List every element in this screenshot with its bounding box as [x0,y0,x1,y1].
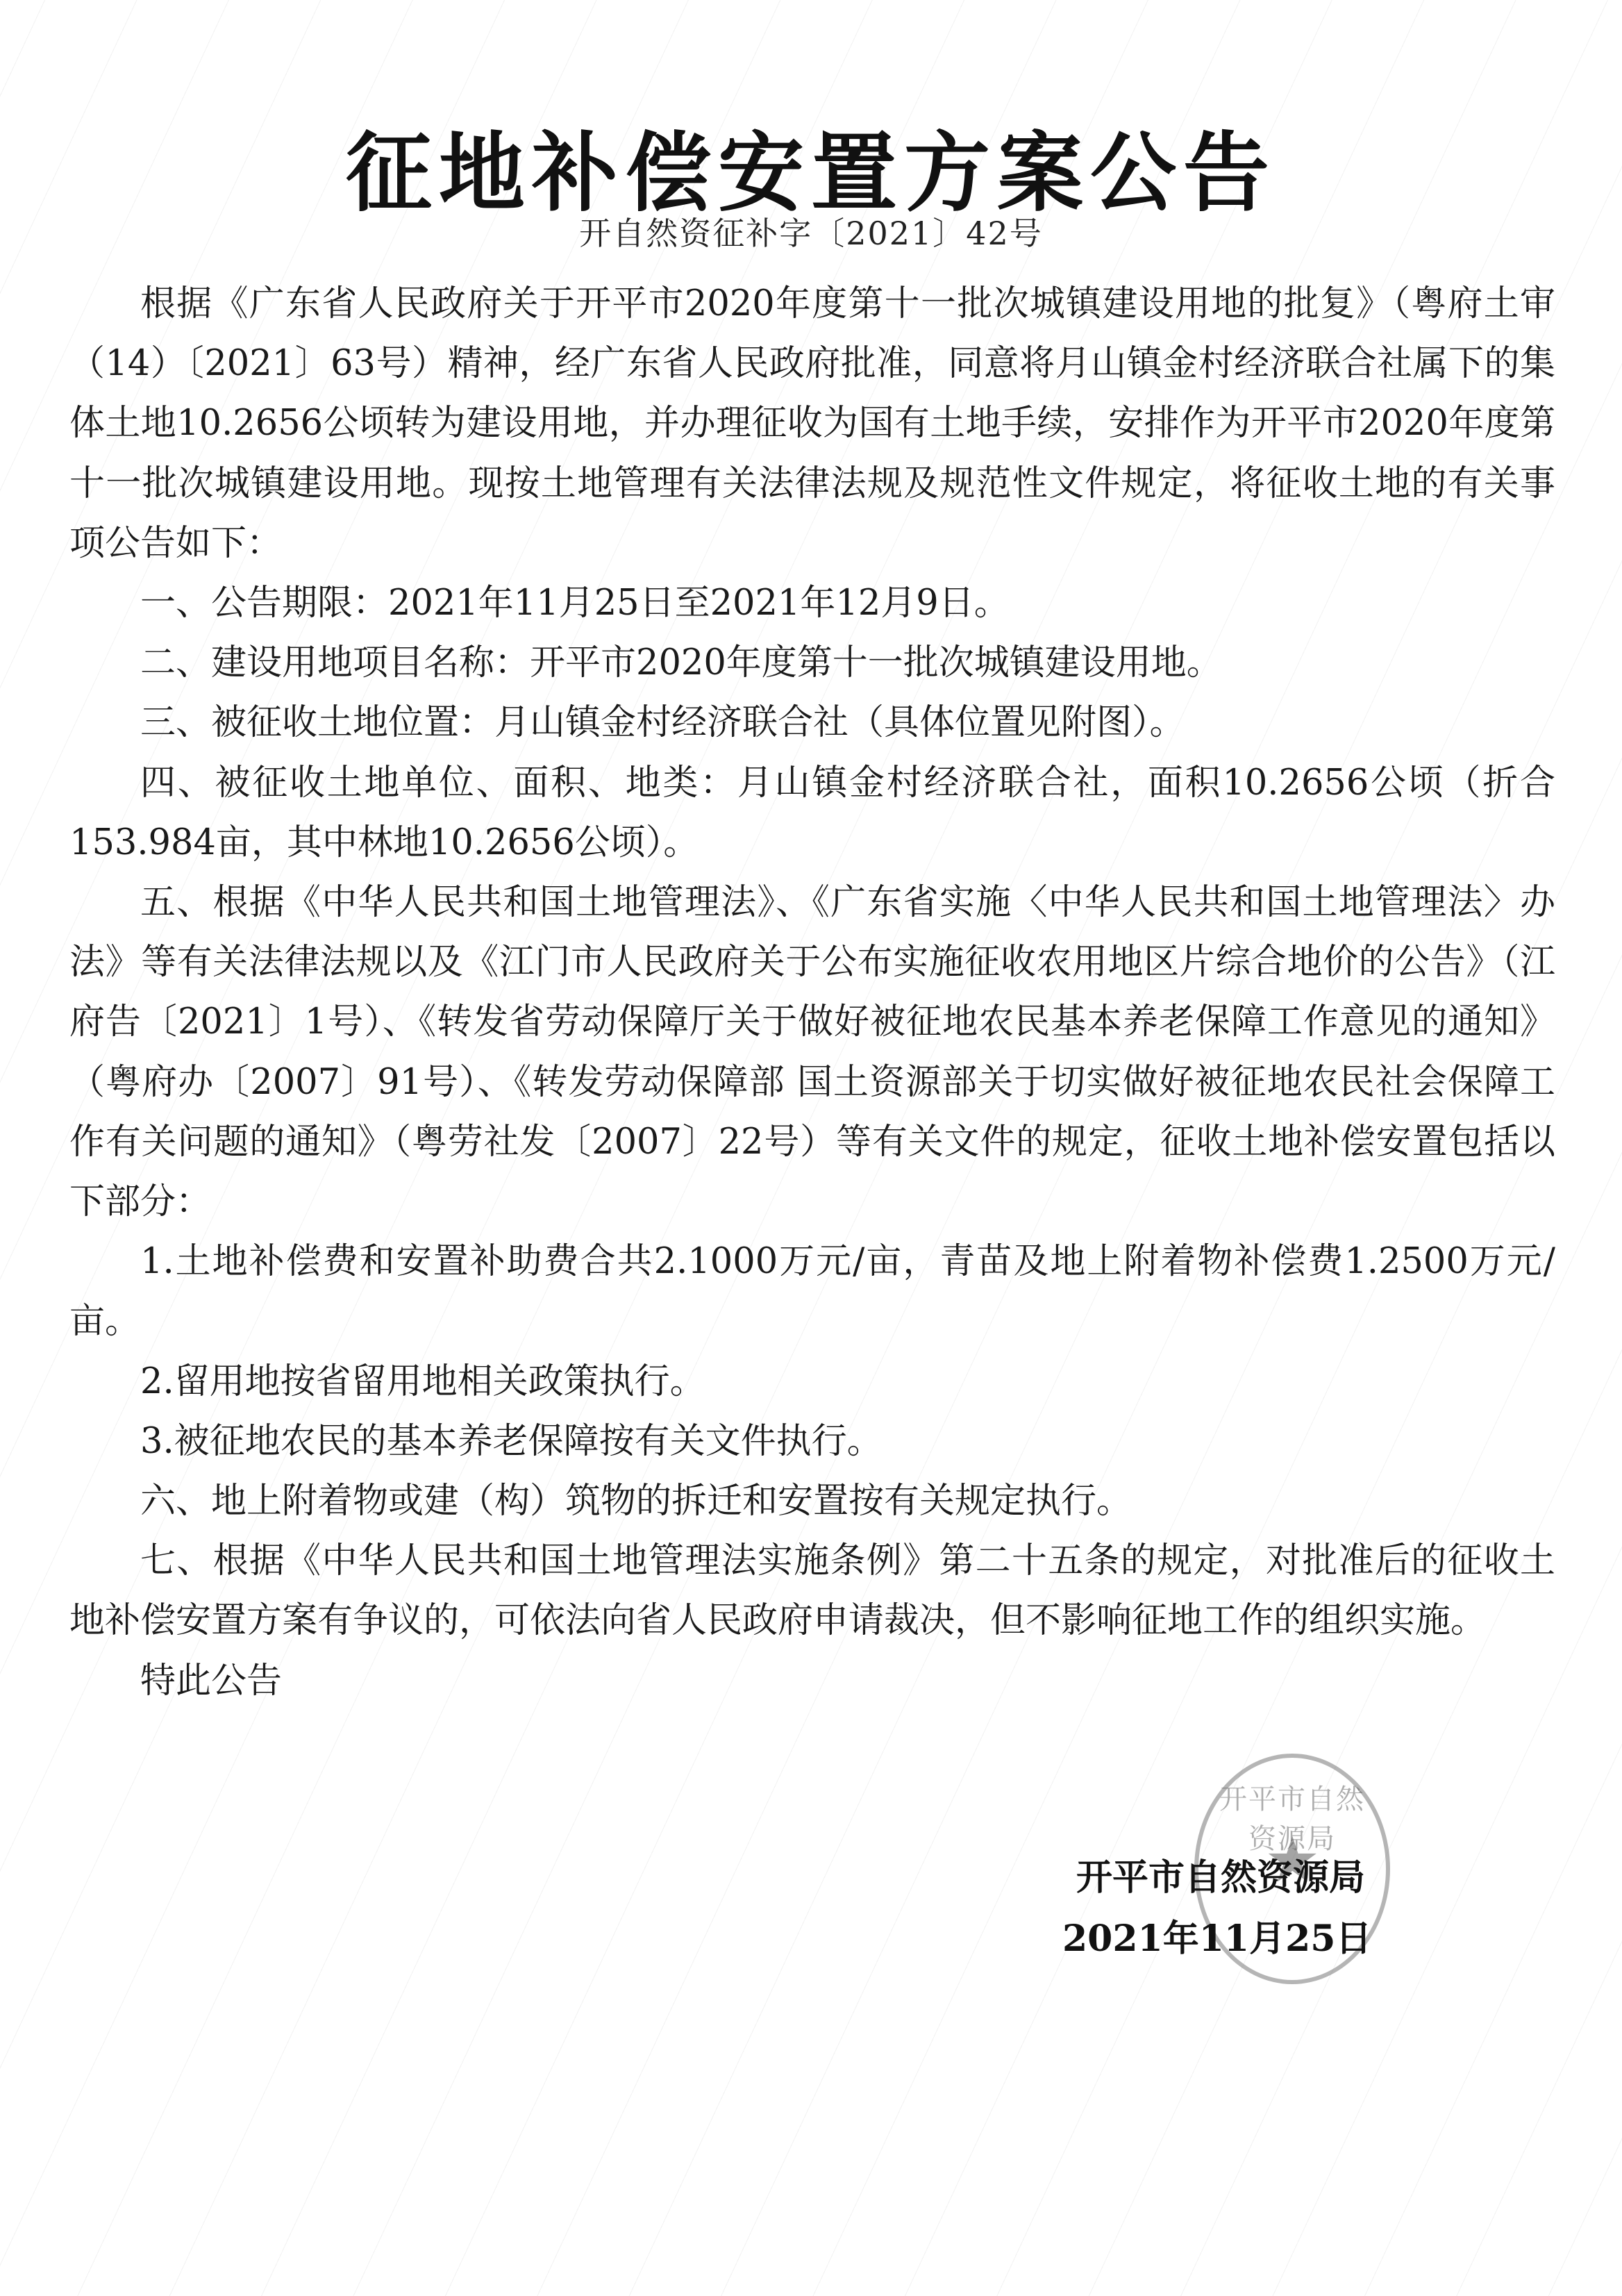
paragraph-item-1: 一、公告期限：2021年11月25日至2021年12月9日。 [69,574,1555,633]
paragraph-item-7: 七、根据《中华人民共和国土地管理法实施条例》第二十五条的规定，对批准后的征收土地… [69,1531,1555,1651]
paragraph-item-6: 六、地上附着物或建（构）筑物的拆迁和安置按有关规定执行。 [69,1472,1555,1531]
signature-organization: 开平市自然资源局 [1062,1847,1479,1908]
signature-date: 2021年11月25日 [1062,1908,1479,1970]
paragraph-closing: 特此公告 [69,1652,1555,1711]
document-number: 开自然资征补字〔2021〕42号 [0,208,1622,254]
paragraph-sub-2: 2.留用地按省留用地相关政策执行。 [69,1352,1555,1412]
paragraph-item-2: 二、建设用地项目名称：开平市2020年度第十一批次城镇建设用地。 [69,633,1555,693]
paragraph-item-3: 三、被征收土地位置：月山镇金村经济联合社（具体位置见附图）。 [69,693,1555,753]
document-body: 根据《广东省人民政府关于开平市2020年度第十一批次城镇建设用地的批复》（粤府土… [69,274,1555,1711]
paragraph-item-5: 五、根据《中华人民共和国土地管理法》、《广东省实施〈中华人民共和国土地管理法〉办… [69,873,1555,1232]
document-page: 征地补偿安置方案公告 开自然资征补字〔2021〕42号 根据《广东省人民政府关于… [0,0,1622,2296]
paragraph-intro: 根据《广东省人民政府关于开平市2020年度第十一批次城镇建设用地的批复》（粤府土… [69,274,1555,574]
paragraph-sub-1: 1.土地补偿费和安置补助费合共2.1000万元/亩，青苗及地上附着物补偿费1.2… [69,1232,1555,1351]
paragraph-item-4: 四、被征收土地单位、面积、地类：月山镇金村经济联合社，面积10.2656公顷（折… [69,754,1555,873]
signature-block: 开平市自然资源局 2021年11月25日 [1062,1847,1479,1970]
paragraph-sub-3: 3.被征地农民的基本养老保障按有关文件执行。 [69,1412,1555,1472]
